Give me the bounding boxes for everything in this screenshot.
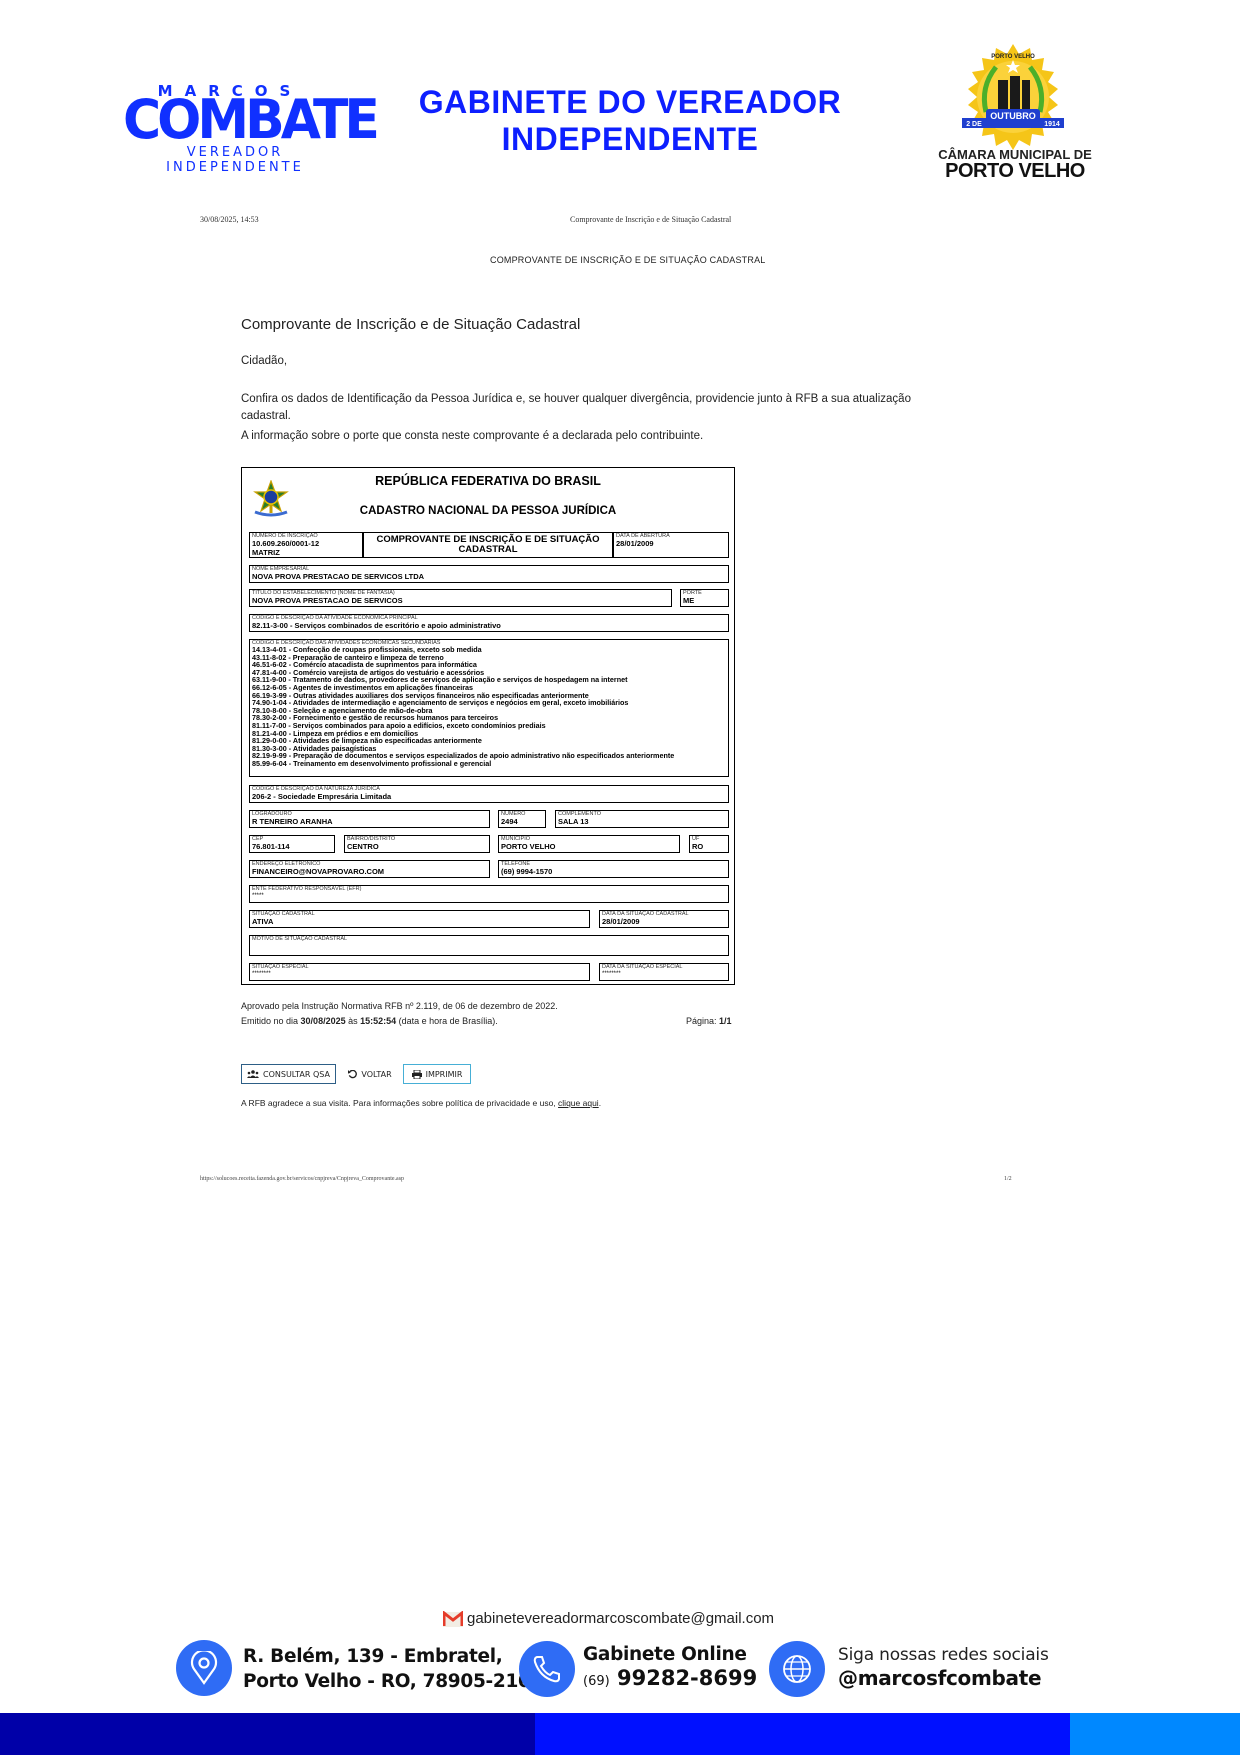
field-cep: CEP 76.801-114	[249, 835, 335, 853]
status-badge: ATIVA	[252, 917, 273, 926]
page-indicator: Página: 1/1	[686, 1016, 732, 1026]
field-situacao-cadastral: SITUAÇÃO CADASTRAL ATIVA	[249, 910, 590, 928]
address-line2: Porto Velho - RO, 78905-210	[243, 1669, 531, 1694]
address-line1: R. Belém, 139 - Embratel,	[243, 1644, 531, 1669]
thanks-end: .	[599, 1098, 601, 1108]
field-data-situacao: DATA DA SITUAÇÃO CADASTRAL 28/01/2009	[599, 910, 729, 928]
voltar-label: VOLTAR	[361, 1070, 391, 1079]
emission-date: 30/08/2025	[301, 1016, 346, 1026]
phone-number: (69) 99282-8699	[583, 1666, 757, 1690]
cadastro-title: CADASTRO NACIONAL DA PESSOA JURÍDICA	[241, 505, 735, 517]
activity-item: 85.99-6-04 - Treinamento em desenvolvime…	[252, 760, 722, 768]
field-efr: ENTE FEDERATIVO RESPONSÁVEL (EFR) *****	[249, 885, 729, 903]
republica-title: REPÚBLICA FEDERATIVA DO BRASIL	[241, 474, 735, 488]
approval-note: Aprovado pela Instrução Normativa RFB nº…	[241, 1001, 558, 1011]
bairro: CENTRO	[347, 842, 379, 851]
field-nome-empresarial: NOME EMPRESARIAL NOVA PROVA PRESTACAO DE…	[249, 565, 729, 583]
svg-text:1914: 1914	[1044, 121, 1060, 128]
field-comprovante-title: COMPROVANTE DE INSCRIÇÃO E DE SITUAÇÃO C…	[363, 532, 613, 558]
gmail-icon	[443, 1611, 463, 1627]
complemento: SALA 13	[558, 817, 589, 826]
porte-value: ME	[683, 596, 694, 605]
field-motivo-situacao: MOTIVO DE SITUAÇÃO CADASTRAL	[249, 935, 729, 956]
situacao-especial: ********	[252, 970, 271, 979]
cep: 76.801-114	[252, 842, 290, 851]
field-data-abertura: DATA DE ABERTURA 28/01/2009	[613, 532, 729, 558]
emission-prefix: Emitido no dia	[241, 1016, 301, 1026]
nome-fantasia: NOVA PROVA PRESTACAO DE SERVICOS	[252, 596, 403, 605]
social-handle: @marcosfcombate	[838, 1666, 1041, 1690]
thanks-note: A RFB agradece a sua visita. Para inform…	[241, 1098, 601, 1108]
email-value: FINANCEIRO@NOVAPROVARO.COM	[252, 867, 384, 876]
svg-text:OUTUBRO: OUTUBRO	[990, 111, 1036, 121]
field-numero-endereco: NÚMERO 2494	[498, 810, 546, 828]
printer-icon	[412, 1070, 422, 1079]
data-abertura: 28/01/2009	[616, 539, 654, 548]
uf: RO	[692, 842, 703, 851]
social-label: Siga nossas redes sociais	[838, 1645, 1049, 1665]
logo-subtitle: VEREADOR INDEPENDENTE	[125, 145, 345, 175]
svg-text:2 DE: 2 DE	[966, 121, 982, 128]
camara-seal-icon: PORTO VELHO OUTUBRO 2 DE 1914	[958, 42, 1068, 152]
voltar-button[interactable]: VOLTAR	[345, 1064, 395, 1084]
footer-bar-dark	[0, 1713, 535, 1755]
location-pin-icon	[176, 1640, 232, 1696]
field-atividade-principal: CÓDIGO E DESCRIÇÃO DA ATIVIDADE ECONÔMIC…	[249, 614, 729, 632]
consultar-qsa-label: CONSULTAR QSA	[263, 1070, 330, 1079]
field-email: ENDEREÇO ELETRÔNICO FINANCEIRO@NOVAPROVA…	[249, 860, 490, 878]
camara-name-line2: PORTO VELHO	[905, 160, 1125, 183]
greeting: Cidadão,	[241, 355, 287, 367]
page-value: 1/1	[719, 1016, 732, 1026]
field-logradouro: LOGRADOURO R TENREIRO ARANHA	[249, 810, 490, 828]
numero-endereco: 2494	[501, 817, 518, 826]
natureza-juridica: 206-2 - Sociedade Empresária Limitada	[252, 792, 391, 801]
comprovante-title: COMPROVANTE DE INSCRIÇÃO E DE SITUAÇÃO C…	[364, 535, 612, 555]
phone-ddd: (69)	[583, 1674, 610, 1689]
data-situacao: 28/01/2009	[602, 917, 640, 926]
telefone-value: (69) 9994-1570	[501, 867, 552, 876]
field-numero-inscricao: NÚMERO DE INSCRIÇÃO 10.609.260/0001-12 M…	[249, 532, 363, 558]
users-icon	[247, 1070, 259, 1078]
globe-icon	[769, 1641, 825, 1697]
field-bairro: BAIRRO/DISTRITO CENTRO	[344, 835, 490, 853]
emission-note: Emitido no dia 30/08/2025 às 15:52:54 (d…	[241, 1016, 498, 1026]
field-porte: PORTE ME	[680, 589, 729, 607]
field-situacao-especial: SITUAÇÃO ESPECIAL ********	[249, 963, 590, 981]
emission-time: 15:52:54	[360, 1016, 396, 1026]
phone-label: Gabinete Online	[583, 1644, 747, 1665]
field-uf: UF RO	[689, 835, 729, 853]
svg-text:PORTO VELHO: PORTO VELHO	[991, 54, 1035, 60]
data-situacao-especial: ********	[602, 970, 621, 979]
efr-value: *****	[252, 892, 264, 901]
contact-email-text: gabinetevereadormarcoscombate@gmail.com	[467, 1610, 774, 1627]
municipio: PORTO VELHO	[501, 842, 555, 851]
thanks-text: A RFB agradece a sua visita. Para inform…	[241, 1098, 558, 1108]
field-label: ENTE FEDERATIVO RESPONSÁVEL (EFR)	[252, 886, 361, 892]
cnpj-type: MATRIZ	[252, 548, 280, 557]
page-label: Página:	[686, 1016, 719, 1026]
activities-list: 14.13-4-01 - Confecção de roupas profiss…	[252, 646, 722, 768]
logradouro: R TENREIRO ARANHA	[252, 817, 333, 826]
print-page-title: Comprovante de Inscrição e de Situação C…	[570, 215, 731, 224]
footer-bar-blue	[535, 1713, 1070, 1755]
field-data-situacao-especial: DATA DA SITUAÇÃO ESPECIAL ********	[599, 963, 729, 981]
intro-paragraph: Confira os dados de Identificação da Pes…	[241, 391, 961, 425]
field-telefone: TELEFONE (69) 9994-1570	[498, 860, 729, 878]
atividade-principal: 82.11-3-00 - Serviços combinados de escr…	[252, 621, 501, 630]
print-datetime: 30/08/2025, 14:53	[200, 215, 259, 224]
office-address: R. Belém, 139 - Embratel, Porto Velho - …	[243, 1644, 531, 1694]
field-complemento: COMPLEMENTO SALA 13	[555, 810, 729, 828]
print-page-number: 1/2	[1004, 1176, 1012, 1182]
contact-email: gabinetevereadormarcoscombate@gmail.com	[443, 1610, 774, 1627]
field-label: MOTIVO DE SITUAÇÃO CADASTRAL	[252, 936, 347, 942]
footer-bar-light	[1070, 1713, 1240, 1755]
porte-notice: A informação sobre o porte que consta ne…	[241, 430, 703, 442]
consultar-qsa-button[interactable]: CONSULTAR QSA	[241, 1064, 336, 1084]
logo-combate-text: COMBATE	[123, 91, 343, 150]
field-municipio: MUNICÍPIO PORTO VELHO	[498, 835, 680, 853]
undo-icon	[348, 1070, 357, 1079]
field-nome-fantasia: TÍTULO DO ESTABELECIMENTO (NOME DE FANTA…	[249, 589, 672, 607]
nome-empresarial: NOVA PROVA PRESTACAO DE SERVICOS LTDA	[252, 572, 424, 581]
cnpj-number: 10.609.260/0001-12	[252, 539, 319, 548]
print-url: https://solucoes.receita.fazenda.gov.br/…	[200, 1176, 404, 1182]
field-atividades-secundarias: CÓDIGO E DESCRIÇÃO DAS ATIVIDADES ECONÔM…	[249, 639, 729, 777]
phone-number-text: 99282-8699	[617, 1666, 757, 1690]
emission-suffix: (data e hora de Brasília).	[396, 1016, 498, 1026]
field-natureza-juridica: CÓDIGO E DESCRIÇÃO DA NATUREZA JURÍDICA …	[249, 785, 729, 803]
intro-heading: Comprovante de Inscrição e de Situação C…	[241, 316, 580, 333]
imprimir-button[interactable]: IMPRIMIR	[403, 1064, 471, 1084]
emission-mid: às	[346, 1016, 361, 1026]
phone-icon	[519, 1641, 575, 1697]
imprimir-label: IMPRIMIR	[426, 1070, 463, 1079]
document-caps-title: COMPROVANTE DE INSCRIÇÃO E DE SITUAÇÃO C…	[490, 255, 765, 265]
privacy-link[interactable]: clique aqui	[558, 1098, 599, 1108]
page-title: GABINETE DO VEREADOR INDEPENDENTE	[380, 84, 880, 158]
